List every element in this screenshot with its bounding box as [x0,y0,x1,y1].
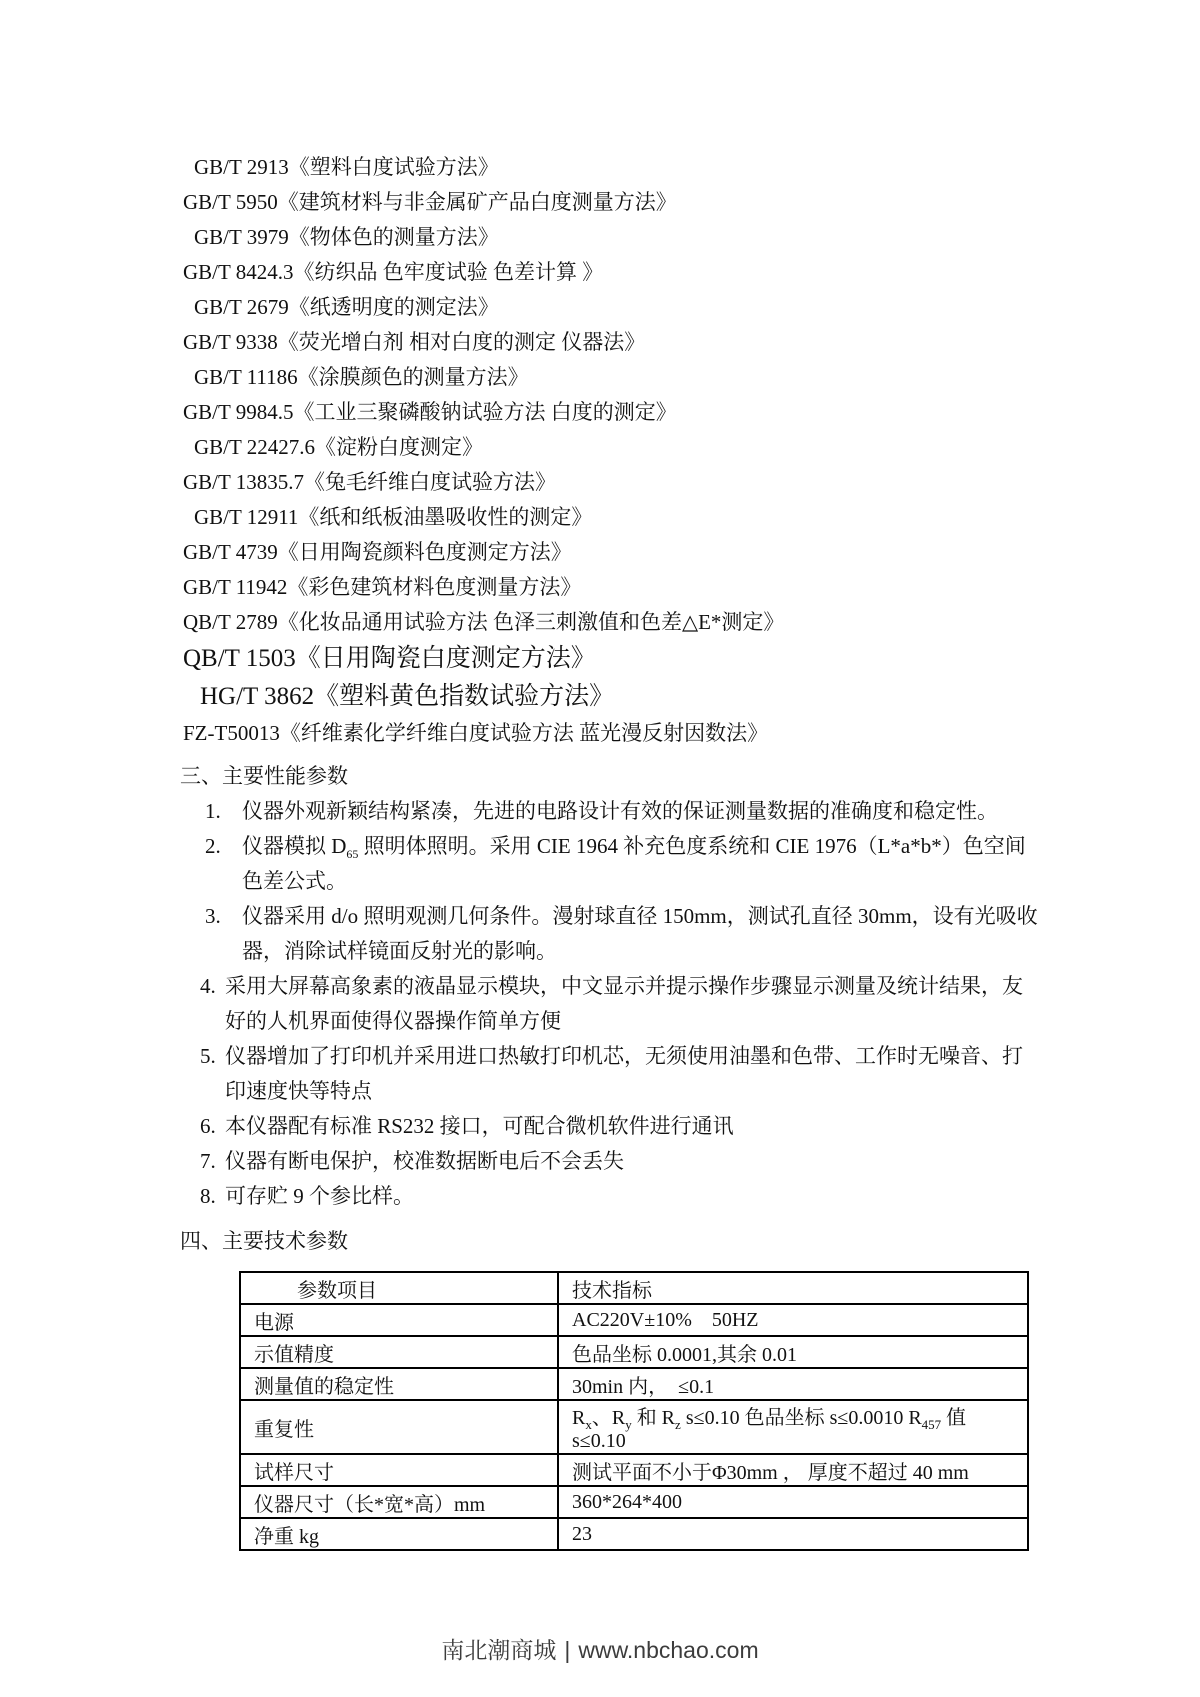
row-value: 30min 内， ≤0.1 [558,1368,1028,1400]
table-row: 试样尺寸 测试平面不小于Φ30mm ， 厚度不超过 40 mm [240,1454,1028,1486]
site-footer: 南北潮商城|www.nbchao.com [0,1632,1200,1665]
item-text: 本仪器配有标准 RS232 接口，可配合微机软件进行通讯 [225,1109,1040,1144]
spec-table: 参数项目 技术指标 电源 AC220V±10% 50HZ 示值精度 色品坐标 0… [239,1271,1029,1551]
table-row: 电源 AC220V±10% 50HZ [240,1304,1028,1336]
table-header-row: 参数项目 技术指标 [240,1272,1028,1304]
row-label: 试样尺寸 [240,1454,558,1486]
table-header-parameter: 参数项目 [240,1272,558,1304]
standard-line: QB/T 1503《日用陶瓷白度测定方法》 [183,640,1040,678]
footer-separator: | [564,1637,570,1663]
perf-item: 2. 仪器模拟 D65 照明体照明。采用 CIE 1964 补充色度系统和 CI… [205,829,1040,899]
item-text: 采用大屏幕高象素的液晶显示模块，中文显示并提示操作步骤显示测量及统计结果，友好的… [225,969,1040,1039]
standard-line: HG/T 3862《塑料黄色指数试验方法》 [200,678,1040,716]
row-label: 电源 [240,1304,558,1336]
perf-item: 4. 采用大屏幕高象素的液晶显示模块，中文显示并提示操作步骤显示测量及统计结果，… [200,969,1040,1039]
standard-line: GB/T 2913《塑料白度试验方法》 [194,150,1040,185]
item-number: 8. [200,1179,225,1214]
perf-item: 7. 仪器有断电保护，校准数据断电后不会丢失 [200,1144,1040,1179]
item-text: 仪器增加了打印机并采用进口热敏打印机芯，无须使用油墨和色带、工作时无噪音、打印速… [225,1039,1040,1109]
row-value: 360*264*400 [558,1486,1028,1518]
table-row: 净重 kg 23 [240,1518,1028,1550]
item-text: 仪器外观新颖结构紧凑，先进的电路设计有效的保证测量数据的准确度和稳定性。 [242,794,1040,829]
standard-line: GB/T 11186《涂膜颜色的测量方法》 [194,360,1040,395]
document-page: GB/T 2913《塑料白度试验方法》 GB/T 5950《建筑材料与非金属矿产… [0,0,1200,1697]
item-text: 仪器采用 d/o 照明观测几何条件。漫射球直径 150mm，测试孔直径 30mm… [242,899,1040,969]
row-label: 测量值的稳定性 [240,1368,558,1400]
standards-list: GB/T 2913《塑料白度试验方法》 GB/T 5950《建筑材料与非金属矿产… [180,150,1040,751]
footer-site-name: 南北潮商城 [441,1637,556,1663]
perf-item: 5. 仪器增加了打印机并采用进口热敏打印机芯，无须使用油墨和色带、工作时无噪音、… [200,1039,1040,1109]
table-row: 测量值的稳定性 30min 内， ≤0.1 [240,1368,1028,1400]
row-value: Rx、Ry 和 Rz s≤0.10 色品坐标 s≤0.0010 R457 值 s… [558,1400,1028,1454]
row-value: 23 [558,1518,1028,1550]
standard-line: FZ-T50013《纤维素化学纤维白度试验方法 蓝光漫反射因数法》 [183,716,1040,751]
item-number: 4. [200,969,225,1039]
row-label: 示值精度 [240,1336,558,1368]
item-number: 1. [205,794,242,829]
standard-line: GB/T 11942《彩色建筑材料色度测量方法》 [183,570,1040,605]
standard-line: GB/T 4739《日用陶瓷颜料色度测定方法》 [183,535,1040,570]
performance-list: 1. 仪器外观新颖结构紧凑，先进的电路设计有效的保证测量数据的准确度和稳定性。 … [180,794,1040,1214]
perf-item: 8. 可存贮 9 个参比样。 [200,1179,1040,1214]
standard-line: GB/T 8424.3《纺织品 色牢度试验 色差计算 》 [183,255,1040,290]
perf-item: 3. 仪器采用 d/o 照明观测几何条件。漫射球直径 150mm，测试孔直径 3… [205,899,1040,969]
section3-title: 三、主要性能参数 [180,759,1040,794]
standard-line: GB/T 5950《建筑材料与非金属矿产品白度测量方法》 [183,185,1040,220]
standard-line: GB/T 13835.7《兔毛纤维白度试验方法》 [183,465,1040,500]
standard-line: GB/T 12911《纸和纸板油墨吸收性的测定》 [194,500,1040,535]
row-value: AC220V±10% 50HZ [558,1304,1028,1336]
perf-item: 1. 仪器外观新颖结构紧凑，先进的电路设计有效的保证测量数据的准确度和稳定性。 [205,794,1040,829]
standard-line: QB/T 2789《化妆品通用试验方法 色泽三刺激值和色差△E*测定》 [183,605,1040,640]
item-number: 6. [200,1109,225,1144]
footer-url: www.nbchao.com [578,1637,758,1663]
row-label: 仪器尺寸（长*宽*高）mm [240,1486,558,1518]
row-value: 测试平面不小于Φ30mm ， 厚度不超过 40 mm [558,1454,1028,1486]
perf-item: 6. 本仪器配有标准 RS232 接口，可配合微机软件进行通讯 [200,1109,1040,1144]
standard-line: GB/T 3979《物体色的测量方法》 [194,220,1040,255]
item-text: 可存贮 9 个参比样。 [225,1179,1040,1214]
row-value: 色品坐标 0.0001,其余 0.01 [558,1336,1028,1368]
item-text: 仪器模拟 D65 照明体照明。采用 CIE 1964 补充色度系统和 CIE 1… [242,829,1040,899]
standard-line: GB/T 9984.5《工业三聚磷酸钠试验方法 白度的测定》 [183,395,1040,430]
standard-line: GB/T 9338《荧光增白剂 相对白度的测定 仪器法》 [183,325,1040,360]
row-label: 净重 kg [240,1518,558,1550]
item-number: 3. [205,899,242,969]
standard-line: GB/T 2679《纸透明度的测定法》 [194,290,1040,325]
table-row: 重复性 Rx、Ry 和 Rz s≤0.10 色品坐标 s≤0.0010 R457… [240,1400,1028,1454]
section4-title: 四、主要技术参数 [180,1224,1040,1259]
standard-line: GB/T 22427.6《淀粉白度测定》 [194,430,1040,465]
document-content: GB/T 2913《塑料白度试验方法》 GB/T 5950《建筑材料与非金属矿产… [180,150,1040,1551]
table-row: 仪器尺寸（长*宽*高）mm 360*264*400 [240,1486,1028,1518]
item-number: 5. [200,1039,225,1109]
row-label: 重复性 [240,1400,558,1454]
item-number: 7. [200,1144,225,1179]
table-header-spec: 技术指标 [558,1272,1028,1304]
item-number: 2. [205,829,242,899]
table-row: 示值精度 色品坐标 0.0001,其余 0.01 [240,1336,1028,1368]
item-text: 仪器有断电保护，校准数据断电后不会丢失 [225,1144,1040,1179]
